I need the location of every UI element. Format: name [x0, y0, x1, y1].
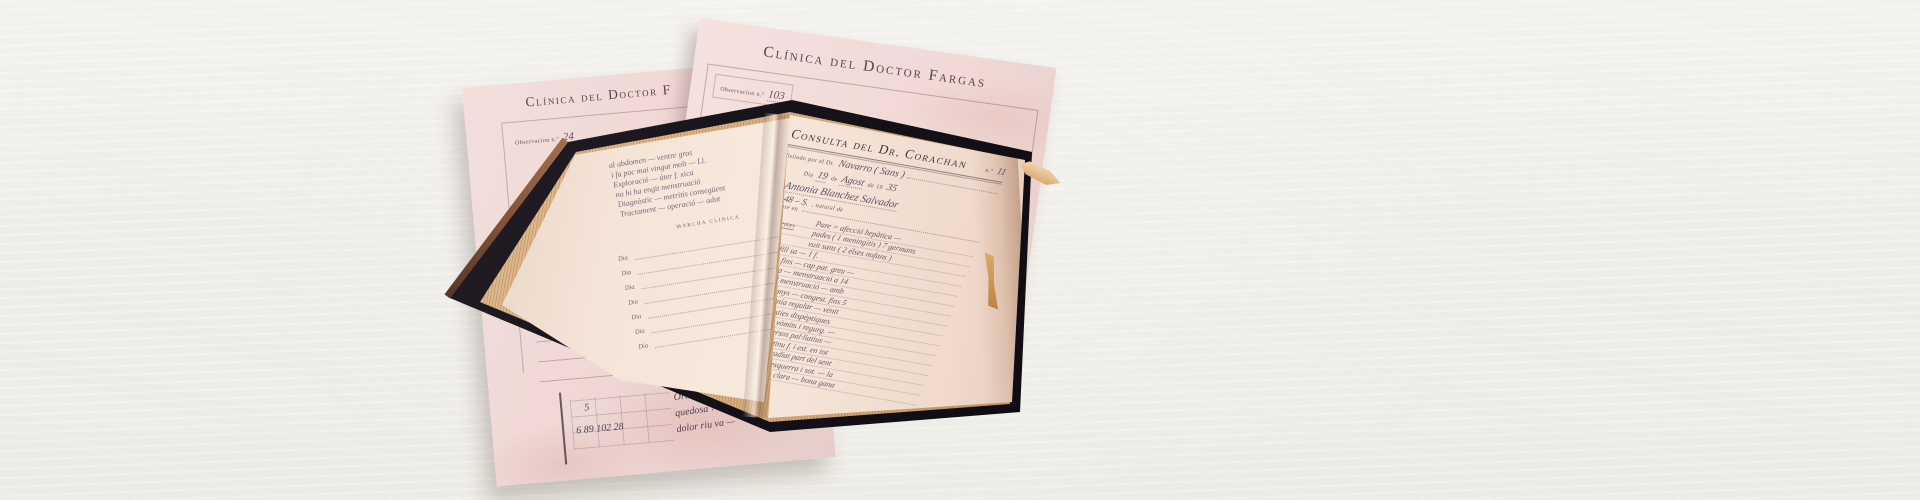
- de-label: de: [830, 176, 839, 183]
- left-page-notes: al abdomen — ventre grosi fa poc mai vin…: [608, 132, 806, 220]
- day-value: 19: [815, 170, 829, 183]
- dia-label: Dia: [638, 342, 649, 350]
- month-value: Agost: [839, 174, 866, 189]
- photo-scene: Clínica del Doctor F Observacion n.º 24 …: [0, 0, 1920, 500]
- dia-label: Dia: [802, 171, 814, 178]
- year-value: 35: [885, 182, 899, 194]
- open-casebook: al abdomen — ventre grosi fa poc mai vin…: [440, 80, 1060, 450]
- dia-label: Dia: [617, 254, 628, 262]
- year-label: de 19: [866, 183, 883, 191]
- num-label: n.º: [984, 168, 994, 175]
- dia-label: Dia: [634, 328, 645, 336]
- dia-label: Dia: [627, 298, 638, 306]
- dia-label: Dia: [631, 313, 642, 321]
- dia-label: Dia: [621, 269, 632, 277]
